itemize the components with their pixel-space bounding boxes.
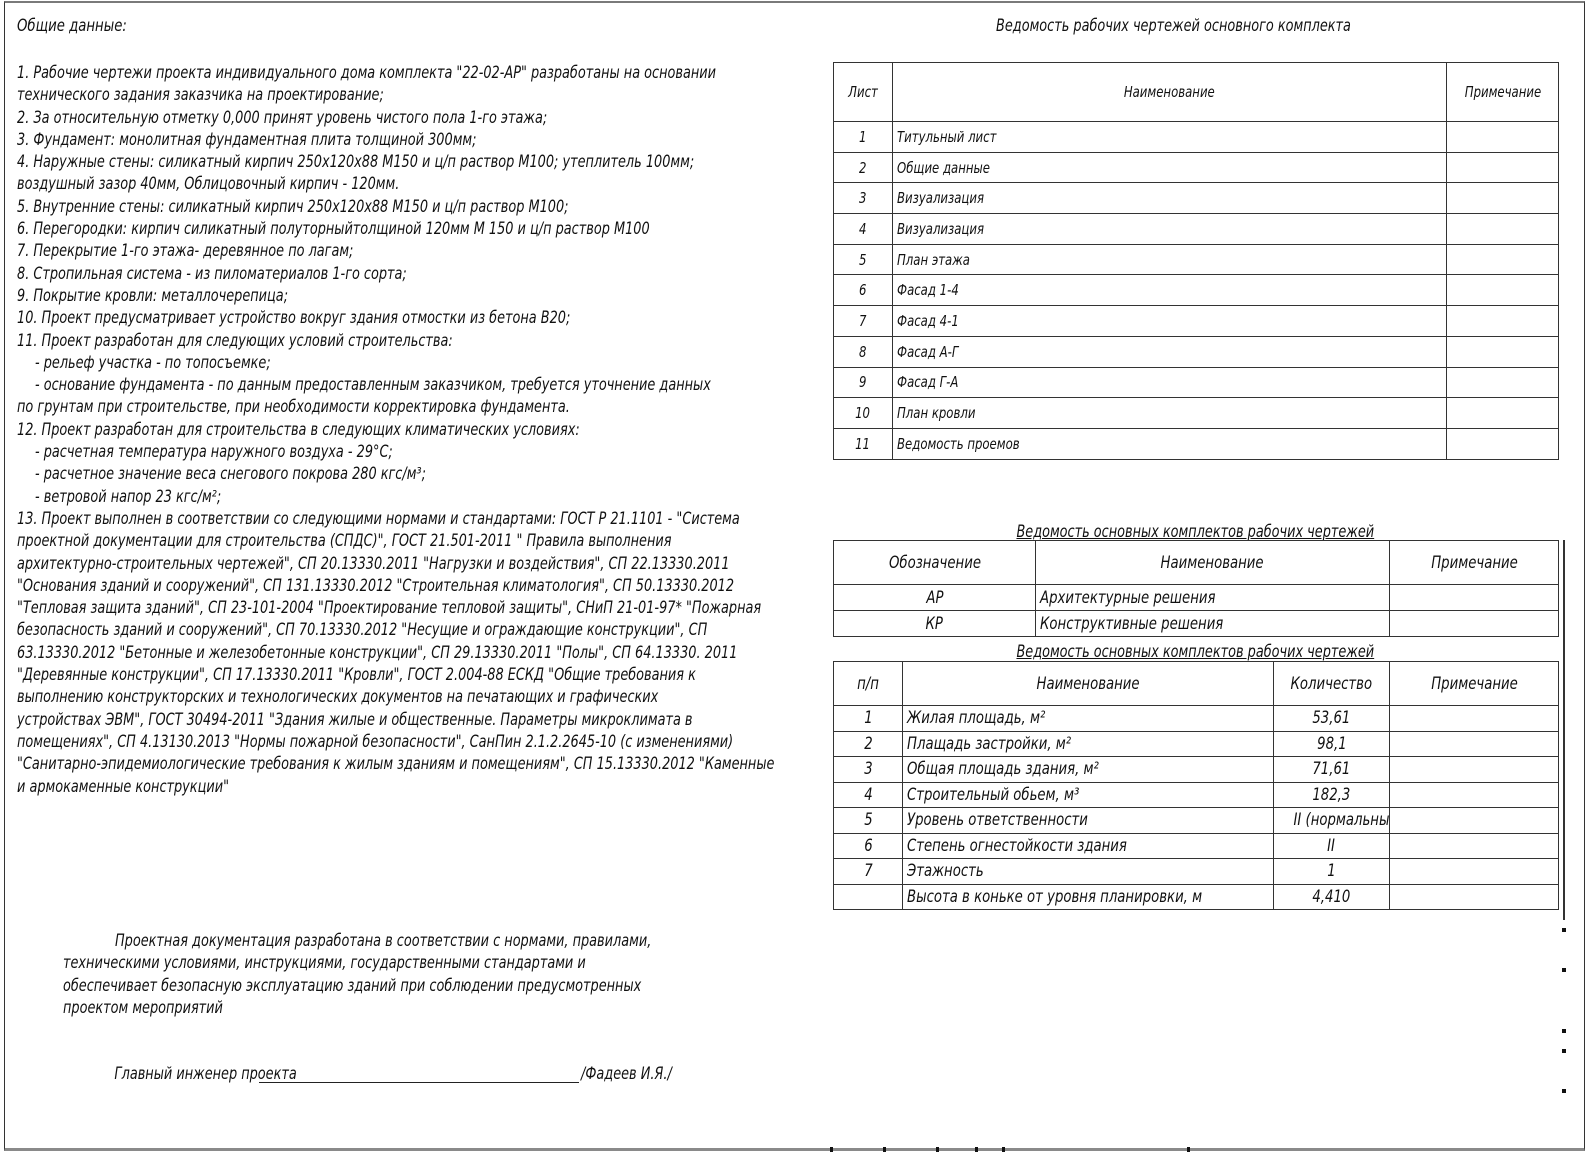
- indicator-note-cell: [1390, 859, 1559, 885]
- sheet-number-cell: 10: [834, 398, 893, 429]
- table-row: 4Визуализация: [834, 214, 1559, 245]
- table-row: 8Фасад А-Г: [834, 336, 1559, 367]
- table-row: 3Визуализация: [834, 183, 1559, 214]
- set-note-cell: [1390, 611, 1559, 637]
- indicator-quantity-cell: 182,3: [1274, 782, 1390, 808]
- indicator-name-cell: Плащадь застройки, м²: [903, 731, 1274, 757]
- indicator-number-cell: [834, 884, 903, 910]
- col-header-code: Обозначение: [834, 541, 1036, 585]
- signature-name: /Фадеев И.Я./: [581, 1064, 672, 1083]
- table-row: Высота в коньке от уровня планировки, м4…: [834, 884, 1559, 910]
- col-header-quantity: Количество: [1274, 662, 1390, 706]
- sheet-number-cell: 6: [834, 275, 893, 306]
- frame-tick: [975, 1147, 978, 1152]
- frame-tick: [1562, 1049, 1566, 1053]
- sheet-name-cell: Фасад 4-1: [893, 306, 1447, 337]
- indicator-name-cell: Общая площадь здания, м²: [903, 757, 1274, 783]
- indicator-quantity-cell: 53,61: [1274, 706, 1390, 732]
- indicator-quantity-cell: 1: [1274, 859, 1390, 885]
- sheet-note-cell: [1447, 398, 1559, 429]
- indicator-number-cell: 5: [834, 808, 903, 834]
- sheet-number-cell: 7: [834, 306, 893, 337]
- indicator-name-cell: Жилая площадь, м²: [903, 706, 1274, 732]
- sheet-name-cell: Визуализация: [893, 183, 1447, 214]
- frame-tick: [1562, 1029, 1566, 1033]
- frame-tick: [936, 1147, 939, 1152]
- sheets-table-title: Ведомость рабочих чертежей основного ком…: [833, 16, 1513, 35]
- table-row: 4Строительный обьем, м³182,3: [834, 782, 1559, 808]
- sheet-name-cell: Общие данные: [893, 152, 1447, 183]
- sheet-note-cell: [1447, 367, 1559, 398]
- indicator-number-cell: 1: [834, 706, 903, 732]
- table-row: АРАрхитектурные решения: [834, 585, 1559, 611]
- sheet-name-cell: Фасад А-Г: [893, 336, 1447, 367]
- indicator-name-cell: Строительный обьем, м³: [903, 782, 1274, 808]
- sheet-note-cell: [1447, 122, 1559, 153]
- general-data-title-text: Общие данные:: [17, 16, 127, 36]
- table-row: 2Плащадь застройки, м²98,1: [834, 731, 1559, 757]
- set-code-cell: КР: [834, 611, 1036, 637]
- sheet-number-cell: 4: [834, 214, 893, 245]
- indicator-number-cell: 2: [834, 731, 903, 757]
- sheet-number-cell: 8: [834, 336, 893, 367]
- col-header-sheet: Лист: [834, 63, 893, 122]
- sheet-number-cell: 5: [834, 244, 893, 275]
- indicator-note-cell: [1390, 731, 1559, 757]
- sheet-number-cell: 2: [834, 152, 893, 183]
- indicator-name-cell: Степень огнестойкости здания: [903, 833, 1274, 859]
- col-header-name: Наименование: [893, 63, 1447, 122]
- set-note-cell: [1390, 585, 1559, 611]
- table-row: 2Общие данные: [834, 152, 1559, 183]
- signature-line: [259, 1066, 579, 1083]
- sheet-note-cell: [1447, 183, 1559, 214]
- indicator-name-cell: Уровень ответственности: [903, 808, 1274, 834]
- indicator-name-cell: Этажность: [903, 859, 1274, 885]
- sets-table-title: Ведомость основных комплектов рабочих че…: [833, 522, 1558, 541]
- table-row: 11Ведомость проемов: [834, 428, 1559, 459]
- sheet-note-cell: [1447, 306, 1559, 337]
- right-frame-line: [1563, 540, 1565, 920]
- table-row: 3Общая площадь здания, м²71,61: [834, 757, 1559, 783]
- table-row: 10План кровли: [834, 398, 1559, 429]
- indicator-quantity-cell: II: [1274, 833, 1390, 859]
- indicator-note-cell: [1390, 706, 1559, 732]
- signature-block: Главный инженер проекта /Фадеев И.Я./: [63, 1064, 697, 1083]
- table-row: 7Фасад 4-1: [834, 306, 1559, 337]
- sheets-table: Лист Наименование Примечание 1Титульный …: [833, 62, 1559, 460]
- indicator-number-cell: 7: [834, 859, 903, 885]
- sheet-name-cell: Фасад Г-А: [893, 367, 1447, 398]
- frame-tick: [1002, 1147, 1005, 1152]
- indicator-name-cell: Высота в коньке от уровня планировки, м: [903, 884, 1274, 910]
- col-header-name: Наименование: [1036, 541, 1390, 585]
- set-name-cell: Конструктивные решения: [1036, 611, 1390, 637]
- indicator-number-cell: 6: [834, 833, 903, 859]
- indicator-number-cell: 3: [834, 757, 903, 783]
- declaration-line: проектом мероприятий: [63, 997, 804, 1019]
- sheet-note-cell: [1447, 275, 1559, 306]
- frame-tick: [883, 1147, 886, 1152]
- table-row: 5План этажа: [834, 244, 1559, 275]
- signature-role: Главный инженер проекта: [114, 1064, 296, 1083]
- indicators-table-title: Ведомость основных комплектов рабочих че…: [833, 642, 1558, 661]
- table-row: 1Титульный лист: [834, 122, 1559, 153]
- table-row: 6Фасад 1-4: [834, 275, 1559, 306]
- sheet-name-cell: План кровли: [893, 398, 1447, 429]
- table-row: 1Жилая площадь, м²53,61: [834, 706, 1559, 732]
- sheet-number-cell: 3: [834, 183, 893, 214]
- col-header-note: Примечание: [1390, 541, 1559, 585]
- sheet-note-cell: [1447, 214, 1559, 245]
- set-code-cell: АР: [834, 585, 1036, 611]
- table-row: 9Фасад Г-А: [834, 367, 1559, 398]
- table-row: 5Уровень ответственностиII (нормальный): [834, 808, 1559, 834]
- sheet-note-cell: [1447, 244, 1559, 275]
- table-row: КРКонструктивные решения: [834, 611, 1559, 637]
- declaration-line: техническими условиями, инструкциями, го…: [63, 952, 804, 974]
- indicators-table-title-text: Ведомость основных комплектов рабочих че…: [1017, 642, 1375, 661]
- indicator-quantity-cell: 4,410: [1274, 884, 1390, 910]
- indicator-note-cell: [1390, 757, 1559, 783]
- sheet-number-cell: 9: [834, 367, 893, 398]
- indicator-note-cell: [1390, 833, 1559, 859]
- compliance-declaration: Проектная документация разработана в соо…: [63, 930, 804, 1019]
- frame-tick: [1187, 1147, 1190, 1152]
- frame-tick: [1562, 968, 1566, 972]
- col-header-note: Примечание: [1390, 662, 1559, 706]
- col-header-number: п/п: [834, 662, 903, 706]
- sheet-name-cell: Титульный лист: [893, 122, 1447, 153]
- indicator-note-cell: [1390, 884, 1559, 910]
- sets-table-title-text: Ведомость основных комплектов рабочих че…: [1017, 522, 1375, 541]
- indicators-table: п/п Наименование Количество Примечание 1…: [833, 661, 1559, 910]
- indicator-number-cell: 4: [834, 782, 903, 808]
- sheets-table-title-text: Ведомость рабочих чертежей основного ком…: [996, 16, 1351, 35]
- sheet-note-cell: [1447, 336, 1559, 367]
- indicator-quantity-cell: 98,1: [1274, 731, 1390, 757]
- sheet-name-cell: Фасад 1-4: [893, 275, 1447, 306]
- indicator-note-cell: [1390, 782, 1559, 808]
- sheet-note-cell: [1447, 152, 1559, 183]
- col-header-name: Наименование: [903, 662, 1274, 706]
- sheet-number-cell: 11: [834, 428, 893, 459]
- table-row: 6Степень огнестойкости зданияII: [834, 833, 1559, 859]
- col-header-note: Примечание: [1447, 63, 1559, 122]
- indicator-note-cell: [1390, 808, 1559, 834]
- set-name-cell: Архитектурные решения: [1036, 585, 1390, 611]
- indicator-quantity-cell: II (нормальный): [1274, 808, 1390, 834]
- indicator-quantity-cell: 71,61: [1274, 757, 1390, 783]
- general-data-title: Общие данные:: [17, 16, 158, 36]
- frame-tick: [1562, 928, 1566, 932]
- table-row: 7Этажность1: [834, 859, 1559, 885]
- sheet-note-cell: [1447, 428, 1559, 459]
- sheet-name-cell: Визуализация: [893, 214, 1447, 245]
- general-note-line: - ветровой напор 23 кгс/м²;: [17, 486, 997, 508]
- sheet-name-cell: Ведомость проемов: [893, 428, 1447, 459]
- declaration-line: обеспечивает безопасную эксплуатацию зда…: [63, 975, 804, 997]
- general-note-line: - расчетное значение веса снегового покр…: [17, 463, 997, 485]
- frame-tick: [830, 1147, 833, 1152]
- declaration-line: Проектная документация разработана в соо…: [63, 930, 804, 952]
- sheet-number-cell: 1: [834, 122, 893, 153]
- sets-table: Обозначение Наименование Примечание АРАр…: [833, 540, 1559, 637]
- sheet-name-cell: План этажа: [893, 244, 1447, 275]
- frame-tick: [1562, 1089, 1566, 1093]
